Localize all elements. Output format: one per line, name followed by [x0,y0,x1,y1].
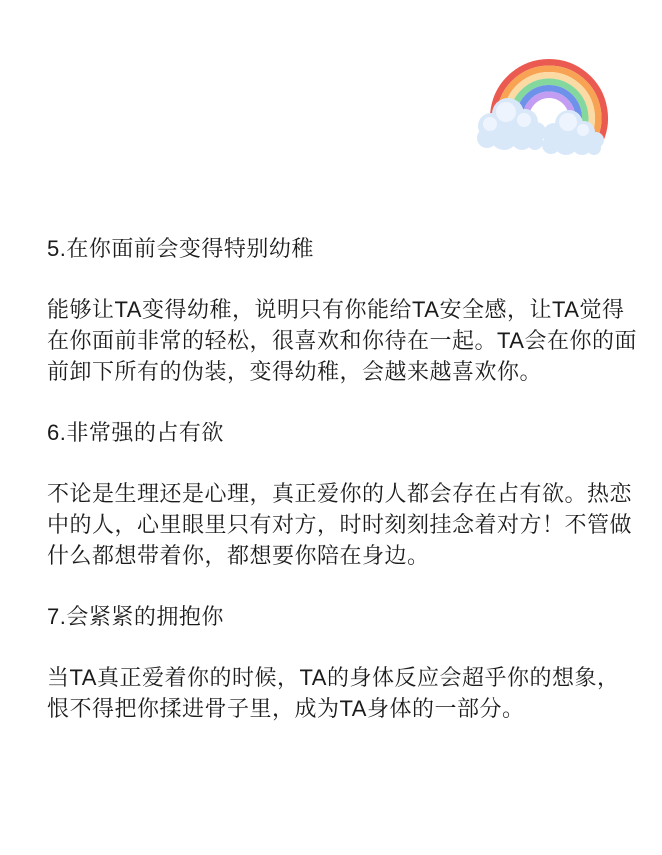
article-section-5: 5.在你面前会变得特别幼稚 能够让TA变得幼稚，说明只有你能给TA安全感，让TA… [47,233,642,387]
section-heading: 5.在你面前会变得特别幼稚 [47,233,642,264]
section-heading: 7.会紧紧的拥抱你 [47,601,642,632]
article-section-7: 7.会紧紧的拥抱你 当TA真正爱着你的时候，TA的身体反应会超乎你的想象， 恨不… [47,601,642,724]
knowledge-card-page: 5.在你面前会变得特别幼稚 能够让TA变得幼稚，说明只有你能给TA安全感，让TA… [0,0,662,855]
article-section-6: 6.非常强的占有欲 不论是生理还是心理，真正爱你的人都会存在占有欲。热恋 中的人… [47,417,642,571]
article: 5.在你面前会变得特别幼稚 能够让TA变得幼稚，说明只有你能给TA安全感，让TA… [0,0,662,754]
section-body: 能够让TA变得幼稚，说明只有你能给TA安全感，让TA觉得 在你面前非常的轻松，很… [47,294,642,387]
section-heading: 6.非常强的占有欲 [47,417,642,448]
section-body: 当TA真正爱着你的时候，TA的身体反应会超乎你的想象， 恨不得把你揉进骨子里，成… [47,662,642,724]
section-body: 不论是生理还是心理，真正爱你的人都会存在占有欲。热恋 中的人，心里眼里只有对方，… [47,478,642,571]
